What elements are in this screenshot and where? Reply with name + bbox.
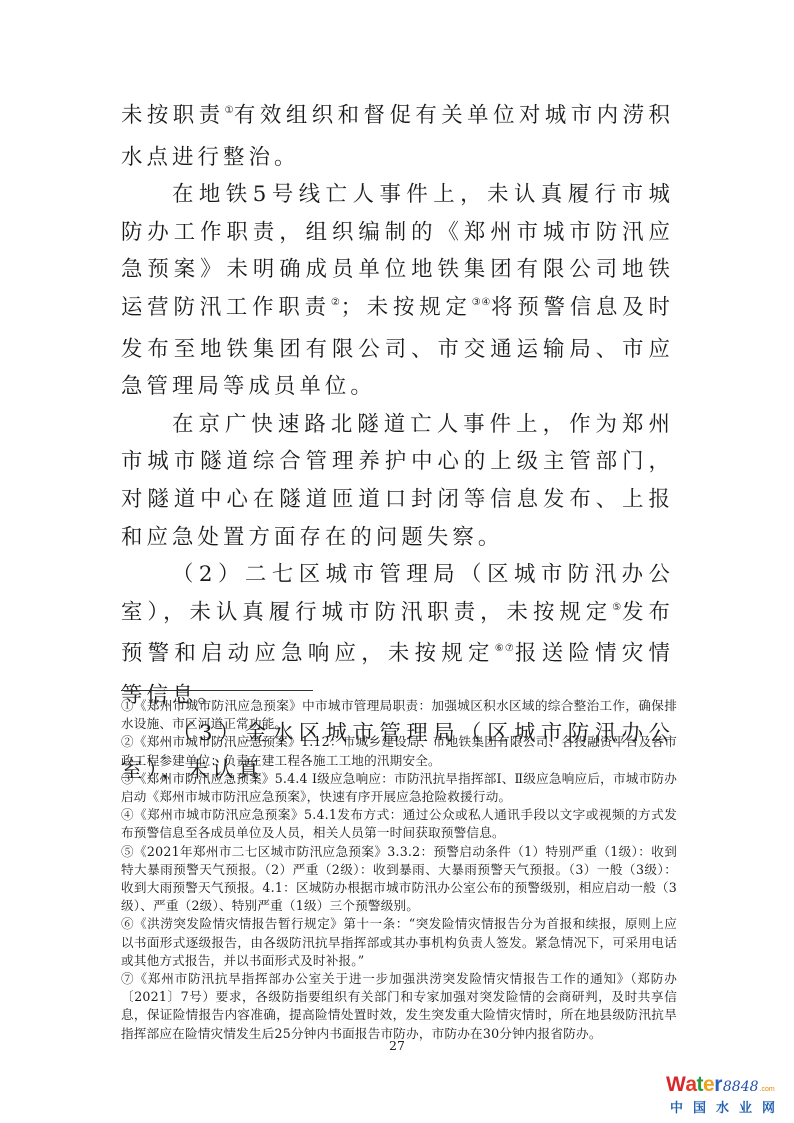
footnote-5: ⑤《2021年郑州市二七区城市防汛应急预案》3.3.2：预警启动条件（1）特别严… [121, 843, 677, 916]
footnote-text: 《2021年郑州市二七区城市防汛应急预案》3.3.2：预警启动条件（1）特别严重… [121, 844, 677, 914]
footnote-7: ⑦《郑州市防汛抗旱指挥部办公室关于进一步加强洪涝突发险情灾情报告工作的通知》（郑… [121, 970, 677, 1043]
watermark-letter-r: r [714, 1074, 722, 1096]
footnote-marker: ② [121, 734, 134, 749]
footnote-2: ②《郑州市城市防汛应急预案》1.12：市城乡建设局、市地铁集团有限公司、各投融资… [121, 733, 677, 769]
footnote-ref-1[interactable]: ① [225, 105, 234, 116]
footnote-text: 《郑州市防汛抗旱指挥部办公室关于进一步加强洪涝突发险情灾情报告工作的通知》（郑防… [121, 971, 677, 1041]
watermark-letter-a: a [685, 1074, 696, 1096]
body-text: 未按职责①有效组织和督促有关单位对城市内涝积水点进行整治。 在地铁5号线亡人事件… [121, 97, 674, 790]
paragraph-3: 在京广快速路北隧道亡人事件上，作为郑州市城市隧道综合管理养护中心的上级主管部门，… [121, 406, 674, 556]
watermark-letter-w: W [666, 1074, 685, 1096]
document-page: 未按职责①有效组织和督促有关单位对城市内涝积水点进行整治。 在地铁5号线亡人事件… [0, 0, 794, 1123]
footnote-text: 《郑州市城市防汛应急预案》中市城市管理局职责：加强城区积水区域的综合整治工作，确… [121, 698, 677, 731]
paragraph-2: 在地铁5号线亡人事件上，未认真履行市城防办工作职责，组织编制的《郑州市城市防汛应… [121, 176, 674, 406]
footnote-text: 《郑州市城市防汛应急预案》5.4.1发布方式：通过公众或私人通讯手段以文字或视频… [121, 807, 677, 840]
text-run: （2）二七区城市管理局（区城市防汛办公室），未认真履行城市防汛职责，未按规定 [121, 562, 674, 625]
footnote-text: 《洪涝突发险情灾情报告暂行规定》第十一条：“突发险情灾情报告分为首报和续报，原则… [121, 916, 677, 967]
footnote-marker: ④ [121, 807, 134, 822]
paragraph-1: 未按职责①有效组织和督促有关单位对城市内涝积水点进行整治。 [121, 97, 674, 176]
watermark-wordmark: Water8848.com [666, 1074, 790, 1096]
page-number: 27 [0, 1038, 794, 1053]
footnote-4: ④《郑州市城市防汛应急预案》5.4.1发布方式：通过公众或私人通讯手段以文字或视… [121, 806, 677, 842]
footnotes: ①《郑州市城市防汛应急预案》中市城市管理局职责：加强城区积水区域的综合整治工作，… [121, 697, 677, 1043]
footnote-1: ①《郑州市城市防汛应急预案》中市城市管理局职责：加强城区积水区域的综合整治工作，… [121, 697, 677, 733]
footnote-ref-2[interactable]: ② [331, 297, 341, 308]
watermark-domain: .com [760, 1086, 775, 1093]
footnote-text: 《郑州市防汛应急预案》5.4.4 Ⅰ级应急响应：市防汛抗旱指挥部Ⅰ、Ⅱ级应急响应… [121, 771, 677, 804]
footnote-marker: ⑤ [121, 844, 134, 859]
footnote-text: 《郑州市城市防汛应急预案》1.12：市城乡建设局、市地铁集团有限公司、各投融资平… [121, 734, 677, 767]
footnote-ref-5[interactable]: ⑤ [612, 602, 622, 613]
footnote-divider [121, 690, 313, 691]
footnote-ref-6-7[interactable]: ⑥⑦ [495, 643, 515, 654]
footnote-marker: ⑥ [121, 916, 134, 931]
text-run: 未按职责 [121, 103, 225, 128]
footnote-marker: ⑦ [121, 971, 134, 986]
footnote-marker: ① [121, 698, 134, 713]
watermark-logo: Water8848.com 中国水业网 [666, 1074, 790, 1118]
footnote-marker: ③ [121, 771, 134, 786]
text-run: ；未按规定 [341, 295, 472, 320]
footnote-ref-3-4[interactable]: ③④ [472, 297, 491, 308]
watermark-letter-e: e [703, 1074, 714, 1096]
watermark-tagline: 中国水业网 [666, 1097, 790, 1116]
watermark-number: 8848 [723, 1079, 759, 1095]
footnote-3: ③《郑州市防汛应急预案》5.4.4 Ⅰ级应急响应：市防汛抗旱指挥部Ⅰ、Ⅱ级应急响… [121, 770, 677, 806]
footnote-6: ⑥《洪涝突发险情灾情报告暂行规定》第十一条：“突发险情灾情报告分为首报和续报，原… [121, 915, 677, 970]
